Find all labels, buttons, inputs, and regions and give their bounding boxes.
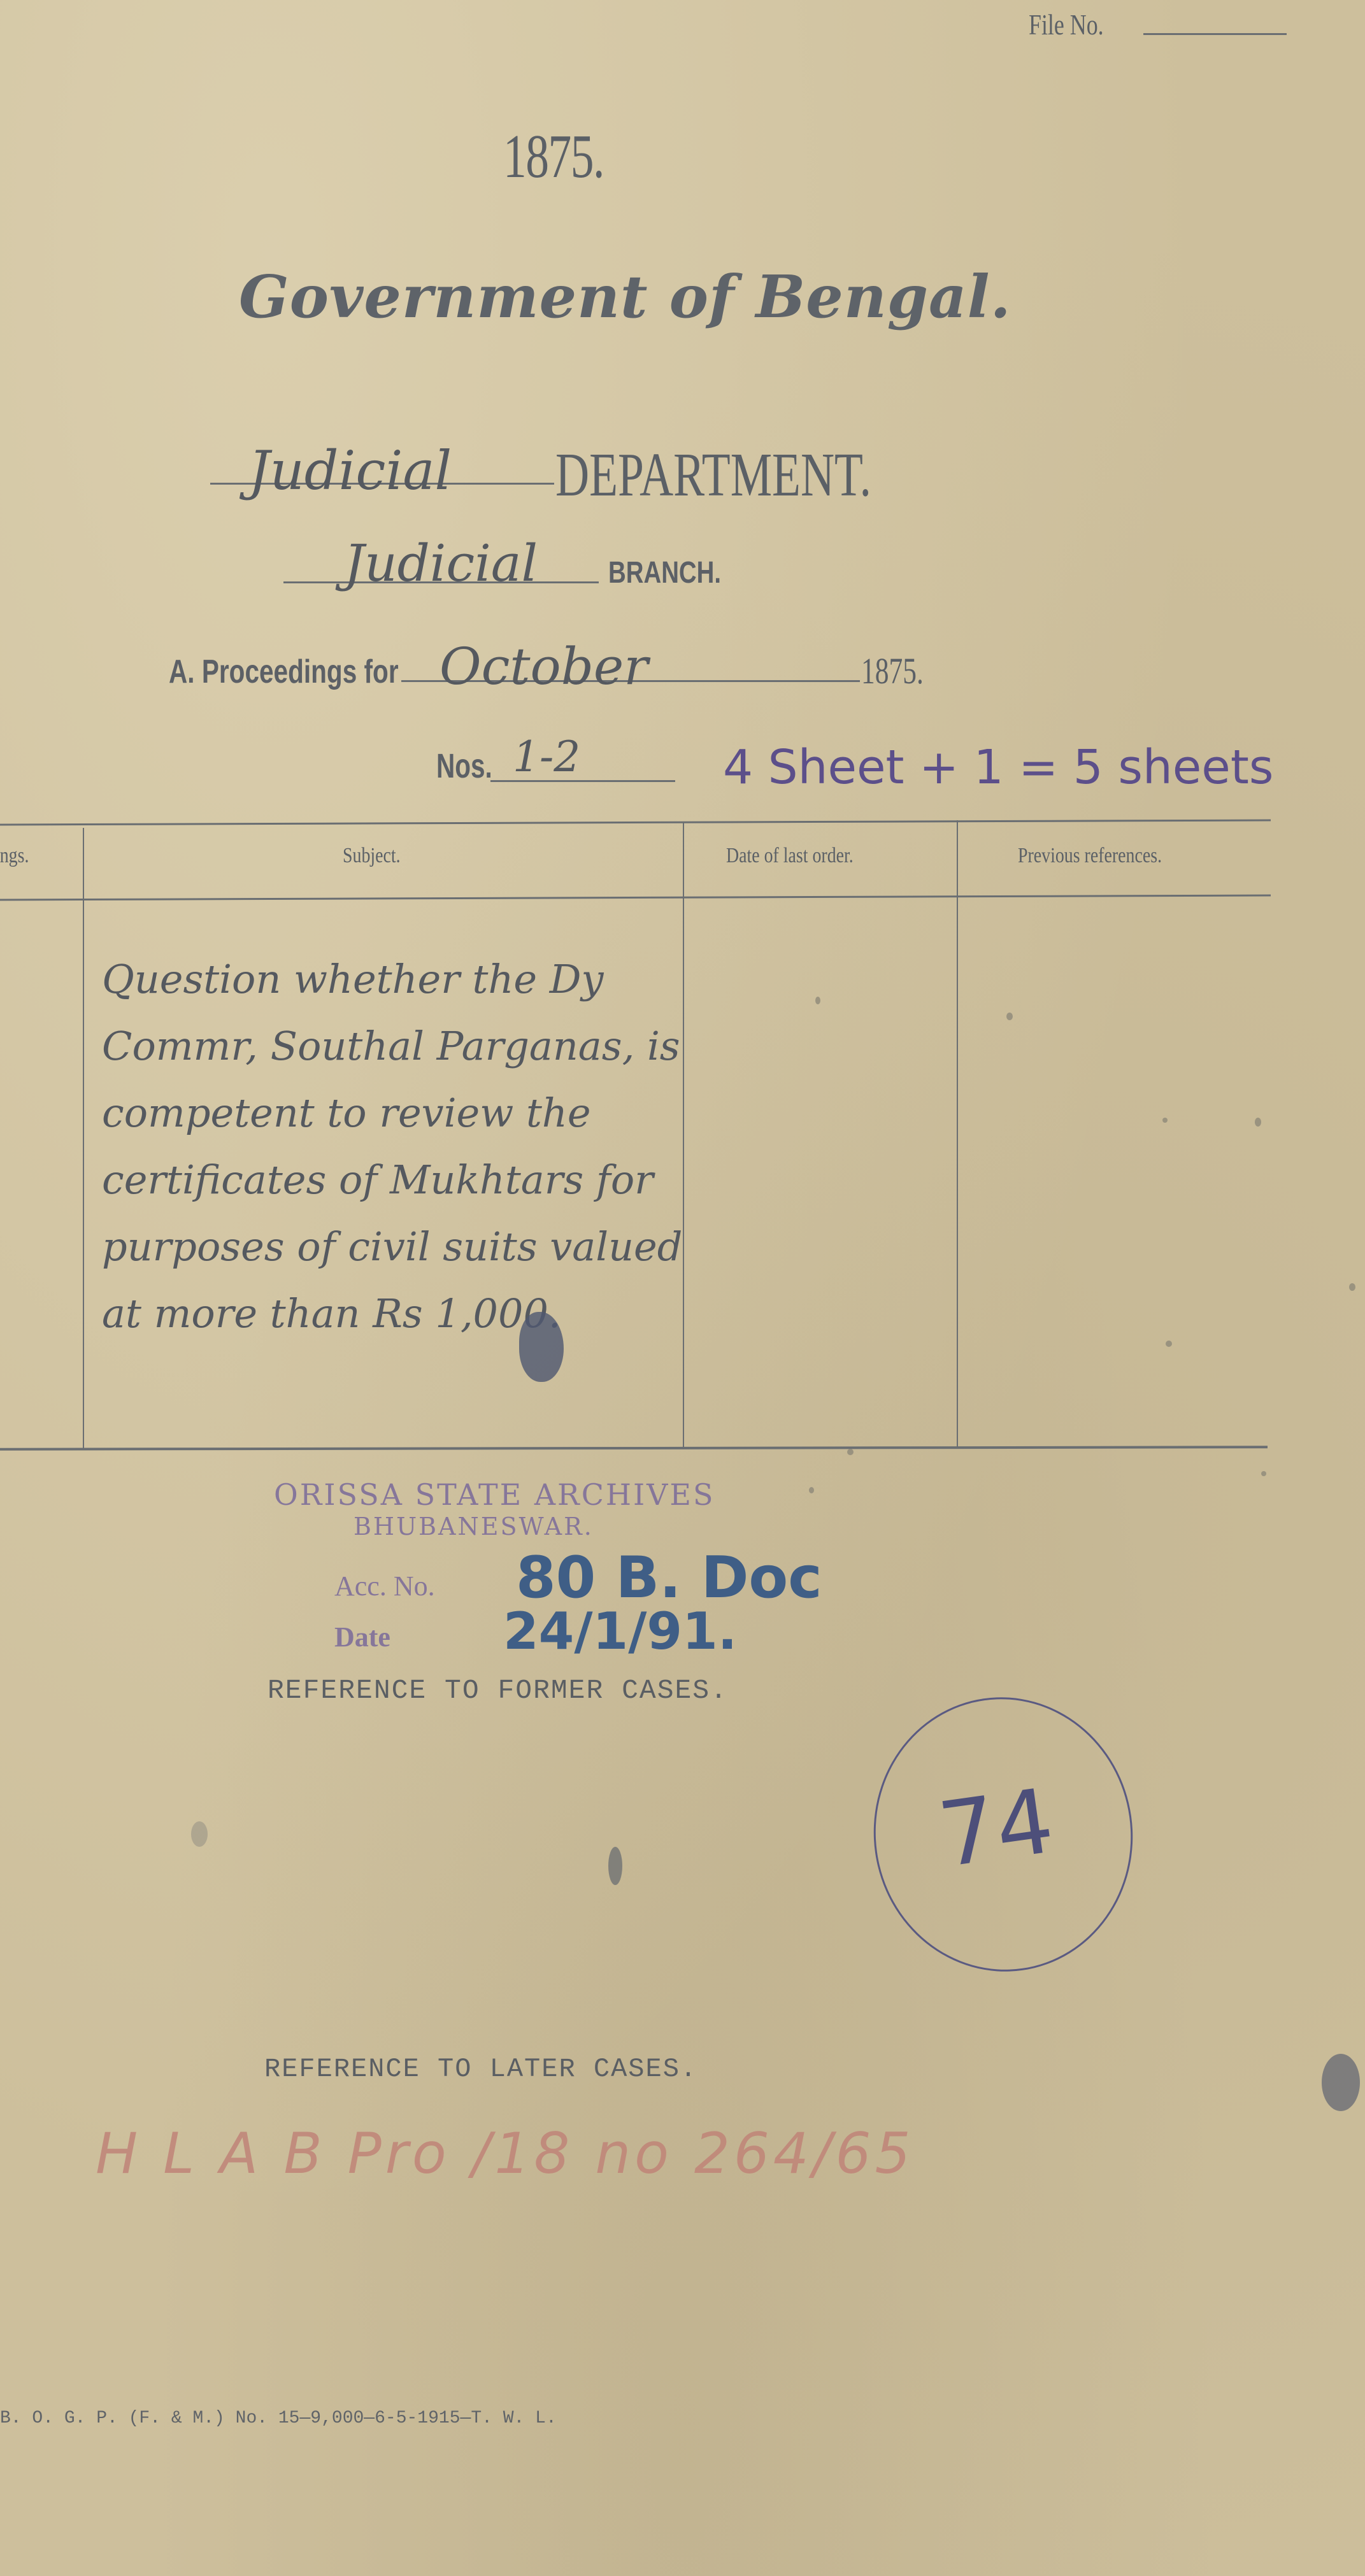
numbers-label: Nos. xyxy=(436,746,492,786)
branch-label: BRANCH. xyxy=(608,555,721,590)
document-title: Government of Bengal. xyxy=(239,262,1011,331)
proceedings-month: October xyxy=(440,637,648,696)
paper-spot xyxy=(1255,1118,1261,1127)
ink-stain xyxy=(1322,2054,1360,2111)
proceedings-label: A. Proceedings for xyxy=(169,653,399,691)
paper-spot xyxy=(847,1449,854,1455)
paper-spot xyxy=(809,1487,814,1493)
column-header-subject: Subject. xyxy=(343,844,401,868)
reference-former-cases-heading: REFERENCE TO FORMER CASES. xyxy=(268,1675,728,1706)
later-cases-red-note: H L A B Pro /18 no 264/65 xyxy=(96,2121,915,2186)
paper-spot xyxy=(1166,1341,1172,1347)
paper-stain xyxy=(191,1821,208,1847)
numbers-value: 1-2 xyxy=(513,732,580,781)
table-bottom-rule xyxy=(0,1446,1268,1450)
table-top-rule xyxy=(0,820,1271,826)
table-header-rule xyxy=(0,895,1271,901)
sheets-count-note: 4 Sheet + 1 = 5 sheets xyxy=(723,740,1273,795)
branch-handwritten-value: Judicial xyxy=(344,534,538,593)
department-handwritten-value: Judicial xyxy=(248,439,452,502)
file-no-label: File No. xyxy=(1029,8,1104,41)
table-column-divider xyxy=(83,828,84,1449)
table-row-subject: Question whether the Dy Commr, Southal P… xyxy=(102,946,694,1347)
stamp-archive-name: ORISSA STATE ARCHIVES xyxy=(274,1477,715,1512)
column-header-date-of-last-order: Date of last order. xyxy=(726,844,854,868)
paper-spot xyxy=(815,997,820,1004)
circled-number: 74 xyxy=(933,1769,1060,1888)
ink-mark xyxy=(608,1847,622,1885)
ink-blot xyxy=(519,1312,564,1382)
stamp-city: BHUBANESWAR. xyxy=(354,1512,594,1541)
paper-spot xyxy=(1261,1471,1266,1476)
paper-spot xyxy=(1006,1013,1013,1020)
table-column-divider xyxy=(957,820,958,1448)
paper-spot xyxy=(1162,1118,1168,1123)
proceedings-year: 1875. xyxy=(861,650,924,692)
reference-later-cases-heading: REFERENCE TO LATER CASES. xyxy=(264,2054,697,2084)
column-header-proceedings: ings. xyxy=(0,844,29,868)
department-label: DEPARTMENT. xyxy=(555,439,871,511)
accession-number-label: Acc. No. xyxy=(334,1570,435,1602)
stamp-date-value: 24/1/91. xyxy=(503,1602,737,1661)
printer-imprint: B. O. G. P. (F. & M.) No. 15—9,000—6-5-1… xyxy=(0,2409,557,2428)
year: 1875. xyxy=(503,121,604,192)
paper-spot xyxy=(1349,1283,1355,1291)
stamp-date-label: Date xyxy=(334,1621,390,1653)
column-header-previous-references: Previous references. xyxy=(1018,844,1162,868)
file-no-blank-line xyxy=(1143,33,1287,35)
